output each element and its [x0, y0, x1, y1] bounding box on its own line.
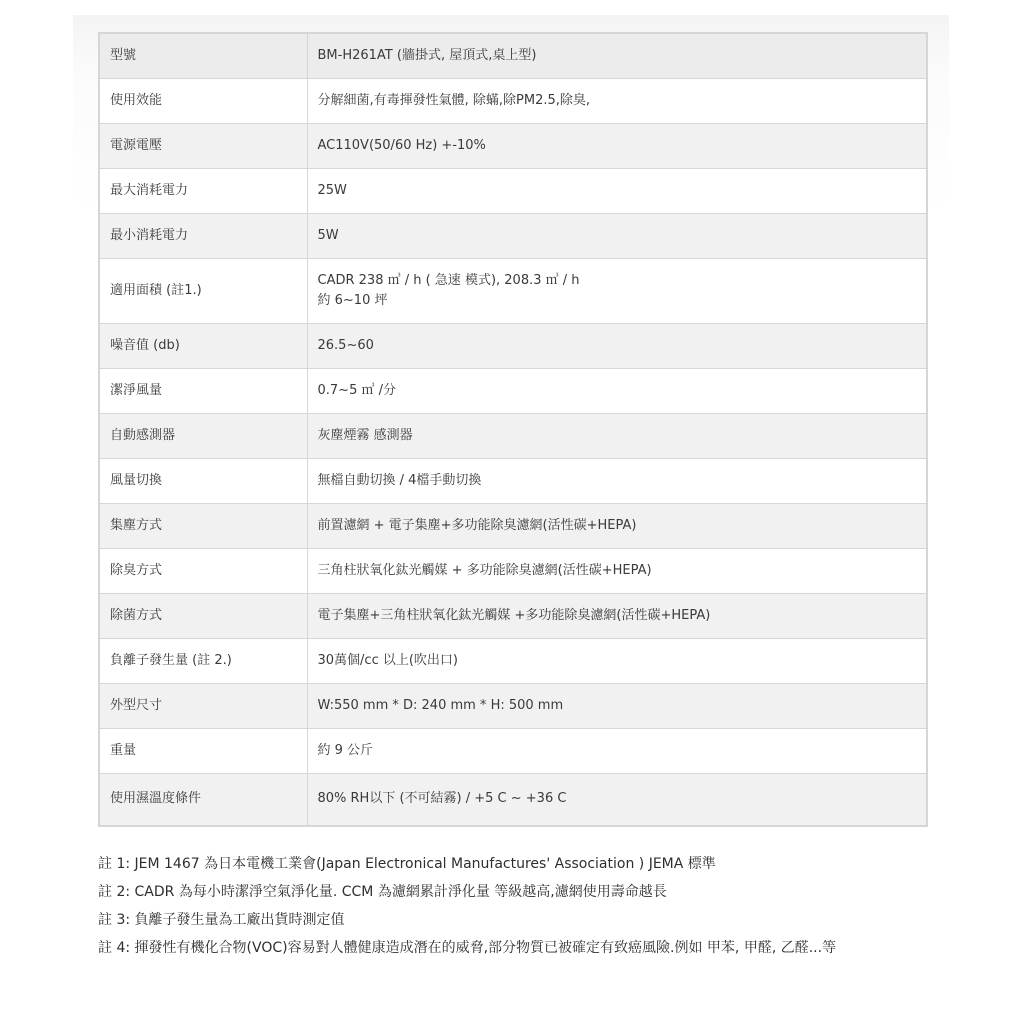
table-row: 負離子發生量 (註 2.) 30萬個/cc 以上(吹出口) [99, 638, 927, 683]
table-row: 噪音值 (db) 26.5~60 [99, 323, 927, 368]
spec-label-min-power: 最小消耗電力 [99, 213, 307, 258]
spec-label-fan-switch: 風量切換 [99, 458, 307, 503]
table-row: 外型尺寸 W:550 mm * D: 240 mm * H: 500 mm [99, 683, 927, 728]
spec-label-area: 適用面積 (註1.) [99, 258, 307, 323]
footnote-1: 註 1: JEM 1467 為日本電機工業會(Japan Electronica… [98, 850, 918, 878]
spec-label-dust-collection: 集塵方式 [99, 503, 307, 548]
spec-label-conditions: 使用濕溫度條件 [99, 773, 307, 826]
spec-value-sensor: 灰塵煙霧 感測器 [307, 413, 927, 458]
spec-label-voltage: 電源電壓 [99, 123, 307, 168]
table-row: 風量切換 無檔自動切換 / 4檔手動切換 [99, 458, 927, 503]
spec-value-sterilize: 電子集塵+三角柱狀氧化鈦光觸媒 +多功能除臭濾網(活性碳+HEPA) [307, 593, 927, 638]
table-row: 最大消耗電力 25W [99, 168, 927, 213]
spec-value-anion: 30萬個/cc 以上(吹出口) [307, 638, 927, 683]
spec-table: 型號 BM-H261AT (牆掛式, 屋頂式,桌上型) 使用效能 分解細菌,有毒… [98, 32, 928, 827]
footnote-3: 註 3: 負離子發生量為工廠出貨時測定值 [98, 906, 918, 934]
table-row: 適用面積 (註1.) CADR 238 ㎥ / h ( 急速 模式), 208.… [99, 258, 927, 323]
table-row: 集塵方式 前置濾網 + 電子集塵+多功能除臭濾網(活性碳+HEPA) [99, 503, 927, 548]
table-row: 自動感測器 灰塵煙霧 感測器 [99, 413, 927, 458]
spec-value-conditions: 80% RH以下 (不可結霧) / +5 C ~ +36 C [307, 773, 927, 826]
spec-value-area: CADR 238 ㎥ / h ( 急速 模式), 208.3 ㎥ / h 約 6… [307, 258, 927, 323]
spec-label-model: 型號 [99, 33, 307, 78]
table-row: 使用濕溫度條件 80% RH以下 (不可結霧) / +5 C ~ +36 C [99, 773, 927, 826]
spec-label-sterilize: 除菌方式 [99, 593, 307, 638]
table-row: 除臭方式 三角柱狀氧化鈦光觸媒 + 多功能除臭濾網(活性碳+HEPA) [99, 548, 927, 593]
spec-page: 型號 BM-H261AT (牆掛式, 屋頂式,桌上型) 使用效能 分解細菌,有毒… [73, 15, 949, 1024]
spec-value-max-power: 25W [307, 168, 927, 213]
spec-label-noise: 噪音值 (db) [99, 323, 307, 368]
table-row: 潔淨風量 0.7~5 ㎥ /分 [99, 368, 927, 413]
spec-value-deodorize: 三角柱狀氧化鈦光觸媒 + 多功能除臭濾網(活性碳+HEPA) [307, 548, 927, 593]
spec-value-fan-switch: 無檔自動切換 / 4檔手動切換 [307, 458, 927, 503]
spec-value-model: BM-H261AT (牆掛式, 屋頂式,桌上型) [307, 33, 927, 78]
spec-label-max-power: 最大消耗電力 [99, 168, 307, 213]
spec-value-voltage: AC110V(50/60 Hz) +-10% [307, 123, 927, 168]
spec-value-area-line2: 約 6~10 坪 [318, 291, 917, 311]
footnote-4: 註 4: 揮發性有機化合物(VOC)容易對人體健康造成潛在的威脅,部分物質已被確… [98, 934, 918, 962]
table-row: 使用效能 分解細菌,有毒揮發性氣體, 除蟎,除PM2.5,除臭, [99, 78, 927, 123]
spec-label-deodorize: 除臭方式 [99, 548, 307, 593]
table-row: 除菌方式 電子集塵+三角柱狀氧化鈦光觸媒 +多功能除臭濾網(活性碳+HEPA) [99, 593, 927, 638]
footnote-2: 註 2: CADR 為每小時潔淨空氣淨化量. CCM 為濾網累計淨化量 等級越高… [98, 878, 918, 906]
table-row: 電源電壓 AC110V(50/60 Hz) +-10% [99, 123, 927, 168]
spec-label-anion: 負離子發生量 (註 2.) [99, 638, 307, 683]
footnotes: 註 1: JEM 1467 為日本電機工業會(Japan Electronica… [98, 850, 918, 962]
spec-value-dimensions: W:550 mm * D: 240 mm * H: 500 mm [307, 683, 927, 728]
spec-value-dust-collection: 前置濾網 + 電子集塵+多功能除臭濾網(活性碳+HEPA) [307, 503, 927, 548]
spec-value-min-power: 5W [307, 213, 927, 258]
spec-label-weight: 重量 [99, 728, 307, 773]
spec-value-area-line1: CADR 238 ㎥ / h ( 急速 模式), 208.3 ㎥ / h [318, 271, 917, 291]
spec-value-weight: 約 9 公斤 [307, 728, 927, 773]
spec-value-function: 分解細菌,有毒揮發性氣體, 除蟎,除PM2.5,除臭, [307, 78, 927, 123]
table-row: 型號 BM-H261AT (牆掛式, 屋頂式,桌上型) [99, 33, 927, 78]
spec-label-dimensions: 外型尺寸 [99, 683, 307, 728]
spec-label-sensor: 自動感測器 [99, 413, 307, 458]
spec-value-airflow: 0.7~5 ㎥ /分 [307, 368, 927, 413]
table-row: 最小消耗電力 5W [99, 213, 927, 258]
spec-value-noise: 26.5~60 [307, 323, 927, 368]
table-row: 重量 約 9 公斤 [99, 728, 927, 773]
spec-label-airflow: 潔淨風量 [99, 368, 307, 413]
spec-label-function: 使用效能 [99, 78, 307, 123]
